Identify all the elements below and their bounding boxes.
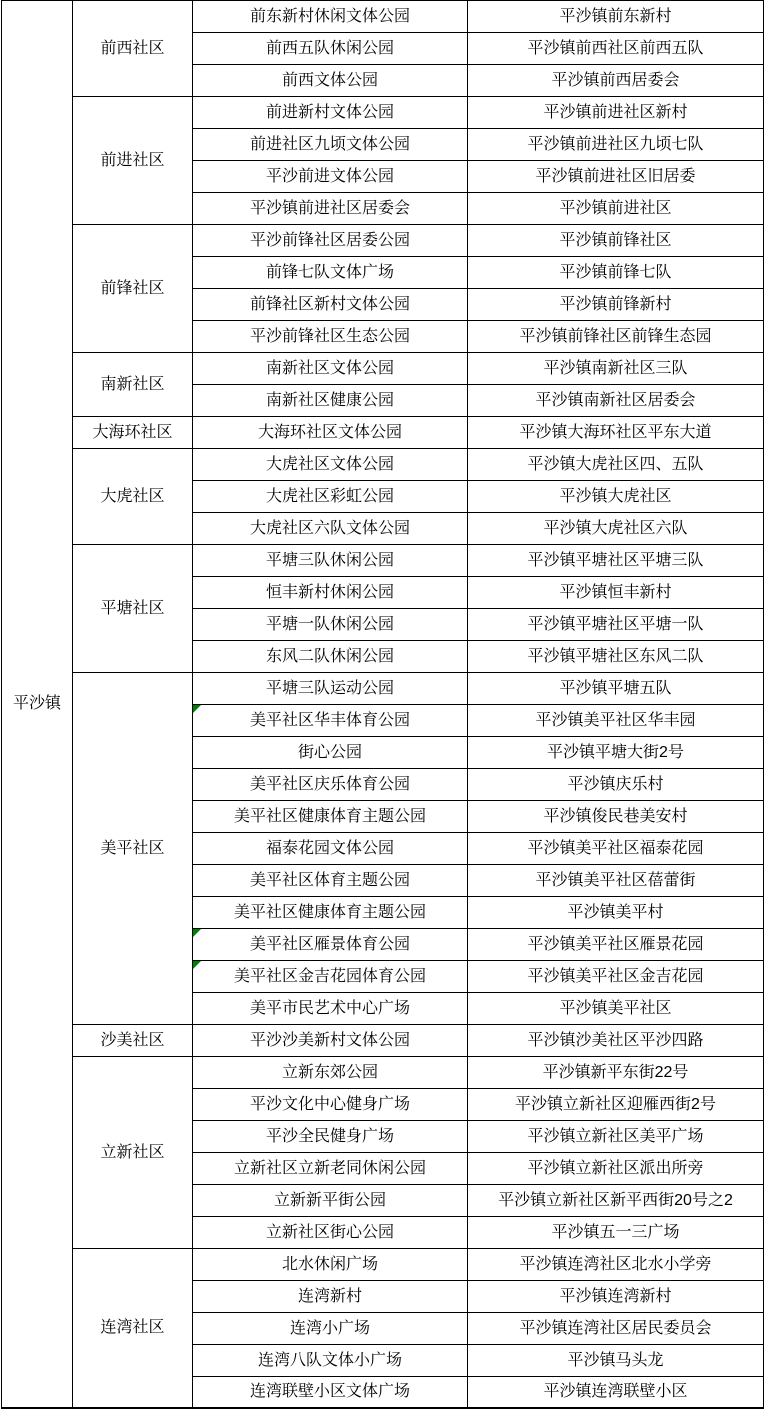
park-name-label: 美平社区庆乐体育公园 [250,776,410,793]
address-cell: 平沙镇平塘社区东风二队 [468,641,764,673]
address-cell: 平沙镇立新社区美平广场 [468,1121,764,1153]
park-name-label: 平塘三队运动公园 [266,680,394,697]
address-cell: 平沙镇美平社区福泰花园 [468,833,764,865]
address-cell: 平沙镇马头龙 [468,1345,764,1377]
community-cell: 前进社区 [73,97,193,225]
address-cell: 平沙镇美平社区雁景花园 [468,929,764,961]
community-cell: 沙美社区 [73,1025,193,1057]
park-name-label: 美平社区雁景体育公园 [250,936,410,953]
park-name-label: 大虎社区六队文体公园 [250,520,410,537]
community-cell: 前锋社区 [73,225,193,353]
park-name-cell: 美平社区华丰体育公园 [193,705,468,737]
community-cell: 立新社区 [73,1057,193,1249]
address-cell: 平沙镇美平社区蓓蕾街 [468,865,764,897]
park-name-label: 大虎社区文体公园 [266,456,394,473]
address-cell: 平沙镇前进社区旧居委 [468,161,764,193]
park-name-label: 平沙前进文体公园 [266,168,394,185]
address-cell: 平沙镇立新社区新平西街20号之2 [468,1185,764,1217]
park-name-cell: 美平社区健康体育主题公园 [193,801,468,833]
table-row: 平塘社区平塘三队休闲公园平沙镇平塘社区平塘三队 [2,545,764,577]
park-name-label: 平沙前锋社区居委公园 [250,232,410,249]
table-row: 立新社区立新东郊公园平沙镇新平东街22号 [2,1057,764,1089]
park-name-cell: 平塘三队运动公园 [193,673,468,705]
park-name-label: 恒丰新村休闲公园 [266,584,394,601]
park-name-cell: 美平社区金吉花园体育公园 [193,961,468,993]
park-name-cell: 平沙文化中心健身广场 [193,1089,468,1121]
town-cell: 平沙镇 [2,1,73,1409]
park-name-label: 前进新村文体公园 [266,104,394,121]
park-name-cell: 平沙前进文体公园 [193,161,468,193]
park-name-label: 美平社区金吉花园体育公园 [234,968,426,985]
park-name-label: 北水休闲广场 [282,1256,378,1273]
park-name-label: 平沙镇前进社区居委会 [250,200,410,217]
address-cell: 平沙镇平塘大街2号 [468,737,764,769]
park-name-label: 前西五队休闲公园 [266,40,394,57]
park-name-label: 平沙文化中心健身广场 [250,1096,410,1113]
comment-marker-icon [193,929,201,937]
park-name-label: 连湾八队文体小广场 [258,1352,402,1369]
park-name-cell: 连湾八队文体小广场 [193,1345,468,1377]
park-name-cell: 前进新村文体公园 [193,97,468,129]
park-name-cell: 立新新平街公园 [193,1185,468,1217]
park-name-cell: 北水休闲广场 [193,1249,468,1281]
park-name-label: 连湾联壁小区文体广场 [250,1383,410,1400]
park-name-cell: 大海环社区文体公园 [193,417,468,449]
park-name-label: 前进社区九顷文体公园 [250,136,410,153]
table-row: 美平社区平塘三队运动公园平沙镇平塘五队 [2,673,764,705]
address-cell: 平沙镇平塘社区平塘三队 [468,545,764,577]
address-cell: 平沙镇美平社区 [468,993,764,1025]
address-cell: 平沙镇前进社区九顷七队 [468,129,764,161]
park-name-label: 立新社区街心公园 [266,1224,394,1241]
park-name-cell: 恒丰新村休闲公园 [193,577,468,609]
park-name-label: 平塘一队休闲公园 [266,616,394,633]
table-row: 前进社区前进新村文体公园平沙镇前进社区新村 [2,97,764,129]
address-cell: 平沙镇前进社区 [468,193,764,225]
community-cell: 前西社区 [73,1,193,97]
park-name-cell: 平塘三队休闲公园 [193,545,468,577]
address-cell: 平沙镇连湾社区居民委员会 [468,1313,764,1345]
park-name-label: 前东新村休闲文体公园 [250,8,410,25]
address-cell: 平沙镇大虎社区四、五队 [468,449,764,481]
park-name-label: 美平社区健康体育主题公园 [234,808,426,825]
park-name-cell: 美平社区体育主题公园 [193,865,468,897]
park-name-label: 立新社区立新老同休闲公园 [234,1160,426,1177]
park-name-cell: 大虎社区彩虹公园 [193,481,468,513]
park-name-label: 美平社区华丰体育公园 [250,712,410,729]
park-name-cell: 前锋七队文体广场 [193,257,468,289]
community-cell: 大海环社区 [73,417,193,449]
park-name-cell: 平沙全民健身广场 [193,1121,468,1153]
park-name-cell: 立新社区立新老同休闲公园 [193,1153,468,1185]
park-name-cell: 美平社区雁景体育公园 [193,929,468,961]
park-name-cell: 立新社区街心公园 [193,1217,468,1249]
park-name-label: 连湾新村 [298,1288,362,1305]
park-name-cell: 前东新村休闲文体公园 [193,1,468,33]
park-name-label: 立新新平街公园 [274,1192,386,1209]
comment-marker-icon [193,705,201,713]
park-name-cell: 大虎社区六队文体公园 [193,513,468,545]
park-name-cell: 前锋社区新村文体公园 [193,289,468,321]
address-cell: 平沙镇前锋新村 [468,289,764,321]
table-row: 平沙镇前西社区前东新村休闲文体公园平沙镇前东新村 [2,1,764,33]
community-cell: 美平社区 [73,673,193,1025]
table-row: 大虎社区大虎社区文体公园平沙镇大虎社区四、五队 [2,449,764,481]
community-cell: 大虎社区 [73,449,193,545]
parks-table: 平沙镇前西社区前东新村休闲文体公园平沙镇前东新村前西五队休闲公园平沙镇前西社区前… [1,0,764,1409]
park-name-cell: 大虎社区文体公园 [193,449,468,481]
park-name-cell: 福泰花园文体公园 [193,833,468,865]
park-name-cell: 平沙镇前进社区居委会 [193,193,468,225]
park-name-label: 大海环社区文体公园 [258,424,402,441]
address-cell: 平沙镇庆乐村 [468,769,764,801]
address-cell: 平沙镇连湾联壁小区 [468,1377,764,1409]
address-cell: 平沙镇前锋社区 [468,225,764,257]
address-cell: 平沙镇美平社区金吉花园 [468,961,764,993]
address-cell: 平沙镇前锋七队 [468,257,764,289]
park-name-cell: 街心公园 [193,737,468,769]
address-cell: 平沙镇大海环社区平东大道 [468,417,764,449]
park-name-cell: 南新社区健康公园 [193,385,468,417]
address-cell: 平沙镇连湾社区北水小学旁 [468,1249,764,1281]
address-cell: 平沙镇大虎社区 [468,481,764,513]
park-name-label: 街心公园 [298,744,362,761]
address-cell: 平沙镇立新社区派出所旁 [468,1153,764,1185]
address-cell: 平沙镇前进社区新村 [468,97,764,129]
table-row: 连湾社区北水休闲广场平沙镇连湾社区北水小学旁 [2,1249,764,1281]
park-name-label: 前锋七队文体广场 [266,264,394,281]
address-cell: 平沙镇平塘五队 [468,673,764,705]
address-cell: 平沙镇立新社区迎雁西街2号 [468,1089,764,1121]
park-name-label: 立新东郊公园 [282,1064,378,1081]
park-name-label: 美平社区健康体育主题公园 [234,904,426,921]
park-name-cell: 连湾小广场 [193,1313,468,1345]
address-cell: 平沙镇南新社区居委会 [468,385,764,417]
park-name-label: 前西文体公园 [282,72,378,89]
park-name-label: 平沙沙美新村文体公园 [250,1032,410,1049]
park-name-label: 南新社区健康公园 [266,392,394,409]
address-cell: 平沙镇俊民巷美安村 [468,801,764,833]
park-name-cell: 平沙沙美新村文体公园 [193,1025,468,1057]
park-name-cell: 平沙前锋社区生态公园 [193,321,468,353]
park-name-label: 连湾小广场 [290,1320,370,1337]
park-name-label: 平沙全民健身广场 [266,1128,394,1145]
park-name-cell: 东风二队休闲公园 [193,641,468,673]
comment-marker-icon [193,961,201,969]
address-cell: 平沙镇前西社区前西五队 [468,33,764,65]
address-cell: 平沙镇南新社区三队 [468,353,764,385]
address-cell: 平沙镇平塘社区平塘一队 [468,609,764,641]
address-cell: 平沙镇新平东街22号 [468,1057,764,1089]
park-name-cell: 平沙前锋社区居委公园 [193,225,468,257]
park-name-cell: 美平社区庆乐体育公园 [193,769,468,801]
park-name-label: 平塘三队休闲公园 [266,552,394,569]
community-cell: 连湾社区 [73,1249,193,1409]
address-cell: 平沙镇沙美社区平沙四路 [468,1025,764,1057]
park-name-label: 南新社区文体公园 [266,360,394,377]
park-name-cell: 南新社区文体公园 [193,353,468,385]
park-name-label: 平沙前锋社区生态公园 [250,328,410,345]
community-cell: 平塘社区 [73,545,193,673]
park-name-label: 东风二队休闲公园 [266,648,394,665]
park-name-cell: 前西五队休闲公园 [193,33,468,65]
park-name-cell: 平塘一队休闲公园 [193,609,468,641]
park-name-cell: 立新东郊公园 [193,1057,468,1089]
park-name-cell: 连湾新村 [193,1281,468,1313]
park-name-label: 大虎社区彩虹公园 [266,488,394,505]
park-name-cell: 前进社区九顷文体公园 [193,129,468,161]
park-name-label: 美平社区体育主题公园 [250,872,410,889]
park-name-label: 福泰花园文体公园 [266,840,394,857]
address-cell: 平沙镇前锋社区前锋生态园 [468,321,764,353]
table-row: 前锋社区平沙前锋社区居委公园平沙镇前锋社区 [2,225,764,257]
park-name-label: 美平市民艺术中心广场 [250,1000,410,1017]
address-cell: 平沙镇美平社区华丰园 [468,705,764,737]
address-cell: 平沙镇恒丰新村 [468,577,764,609]
address-cell: 平沙镇连湾新村 [468,1281,764,1313]
park-name-cell: 连湾联壁小区文体广场 [193,1377,468,1409]
park-name-cell: 美平社区健康体育主题公园 [193,897,468,929]
community-cell: 南新社区 [73,353,193,417]
address-cell: 平沙镇五一三广场 [468,1217,764,1249]
table-row: 南新社区南新社区文体公园平沙镇南新社区三队 [2,353,764,385]
table-row: 沙美社区平沙沙美新村文体公园平沙镇沙美社区平沙四路 [2,1025,764,1057]
park-name-cell: 美平市民艺术中心广场 [193,993,468,1025]
address-cell: 平沙镇前西居委会 [468,65,764,97]
address-cell: 平沙镇大虎社区六队 [468,513,764,545]
parks-table-body: 平沙镇前西社区前东新村休闲文体公园平沙镇前东新村前西五队休闲公园平沙镇前西社区前… [2,1,764,1409]
table-row: 大海环社区大海环社区文体公园平沙镇大海环社区平东大道 [2,417,764,449]
park-name-cell: 前西文体公园 [193,65,468,97]
address-cell: 平沙镇前东新村 [468,1,764,33]
address-cell: 平沙镇美平村 [468,897,764,929]
park-name-label: 前锋社区新村文体公园 [250,296,410,313]
